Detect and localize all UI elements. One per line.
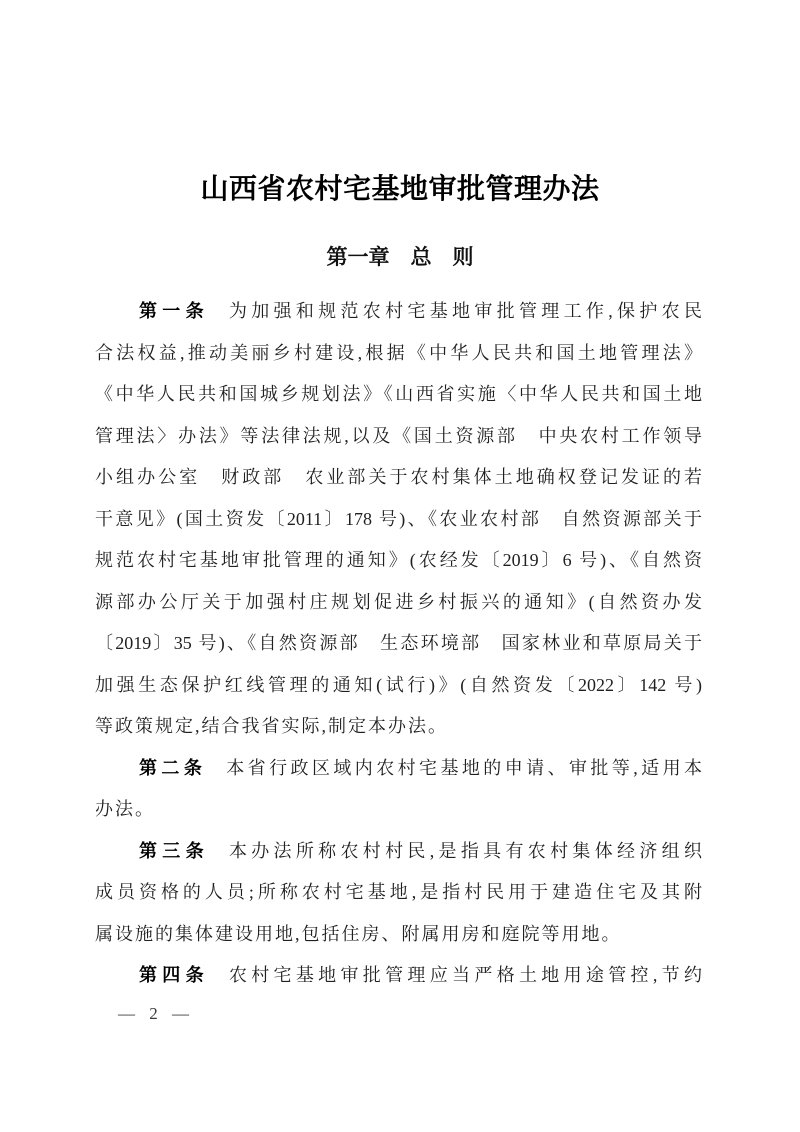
body-line: 〔2019〕35 号)、《自然资源部 生态环境部 国家林业和草原局关于 xyxy=(95,623,702,665)
body-line: 加强生态保护红线管理的通知(试行)》(自然资发〔2022〕142 号) xyxy=(95,665,702,707)
body-line: 管理法〉办法》等法律法规,以及《国土资源部 中央农村工作领导 xyxy=(95,416,702,458)
body-line: 第一条为加强和规范农村宅基地审批管理工作,保护农民 xyxy=(95,291,702,333)
page-number: — 2 — xyxy=(118,1002,190,1026)
article-number: 第二条 xyxy=(139,758,206,778)
body-line: 小组办公室 财政部 农业部关于农村集体土地确权登记发证的若 xyxy=(95,457,702,499)
body-line: 第三条本办法所称农村村民,是指具有农村集体经济组织 xyxy=(95,831,702,873)
document-body: 第一条为加强和规范农村宅基地审批管理工作,保护农民合法权益,推动美丽乡村建设,根… xyxy=(95,291,702,997)
body-line: 干意见》(国土资发〔2011〕178 号)、《农业农村部 自然资源部关于 xyxy=(95,499,702,541)
document-page: 山西省农村宅基地审批管理办法 第一章 总 则 第一条为加强和规范农村宅基地审批管… xyxy=(0,0,800,1132)
article-number: 第四条 xyxy=(139,965,209,985)
body-line: 《中华人民共和国城乡规划法》《山西省实施〈中华人民共和国土地 xyxy=(95,374,702,416)
body-line: 等政策规定,结合我省实际,制定本办法。 xyxy=(95,706,702,748)
body-line: 第四条农村宅基地审批管理应当严格土地用途管控,节约 xyxy=(95,955,702,997)
body-line: 成员资格的人员;所称农村宅基地,是指村民用于建造住宅及其附 xyxy=(95,872,702,914)
body-line: 源部办公厅关于加强村庄规划促进乡村振兴的通知》(自然资办发 xyxy=(95,582,702,624)
article-number: 第三条 xyxy=(139,841,209,861)
body-line: 规范农村宅基地审批管理的通知》(农经发〔2019〕6 号)、《自然资 xyxy=(95,540,702,582)
document-title: 山西省农村宅基地审批管理办法 xyxy=(0,172,800,208)
body-line: 第二条本省行政区域内农村宅基地的申请、审批等,适用本 xyxy=(95,748,702,790)
chapter-heading: 第一章 总 则 xyxy=(0,245,800,271)
body-line: 合法权益,推动美丽乡村建设,根据《中华人民共和国土地管理法》 xyxy=(95,333,702,375)
article-number: 第一条 xyxy=(139,301,209,321)
body-line: 办法。 xyxy=(95,789,702,831)
body-line: 属设施的集体建设用地,包括住房、附属用房和庭院等用地。 xyxy=(95,914,702,956)
